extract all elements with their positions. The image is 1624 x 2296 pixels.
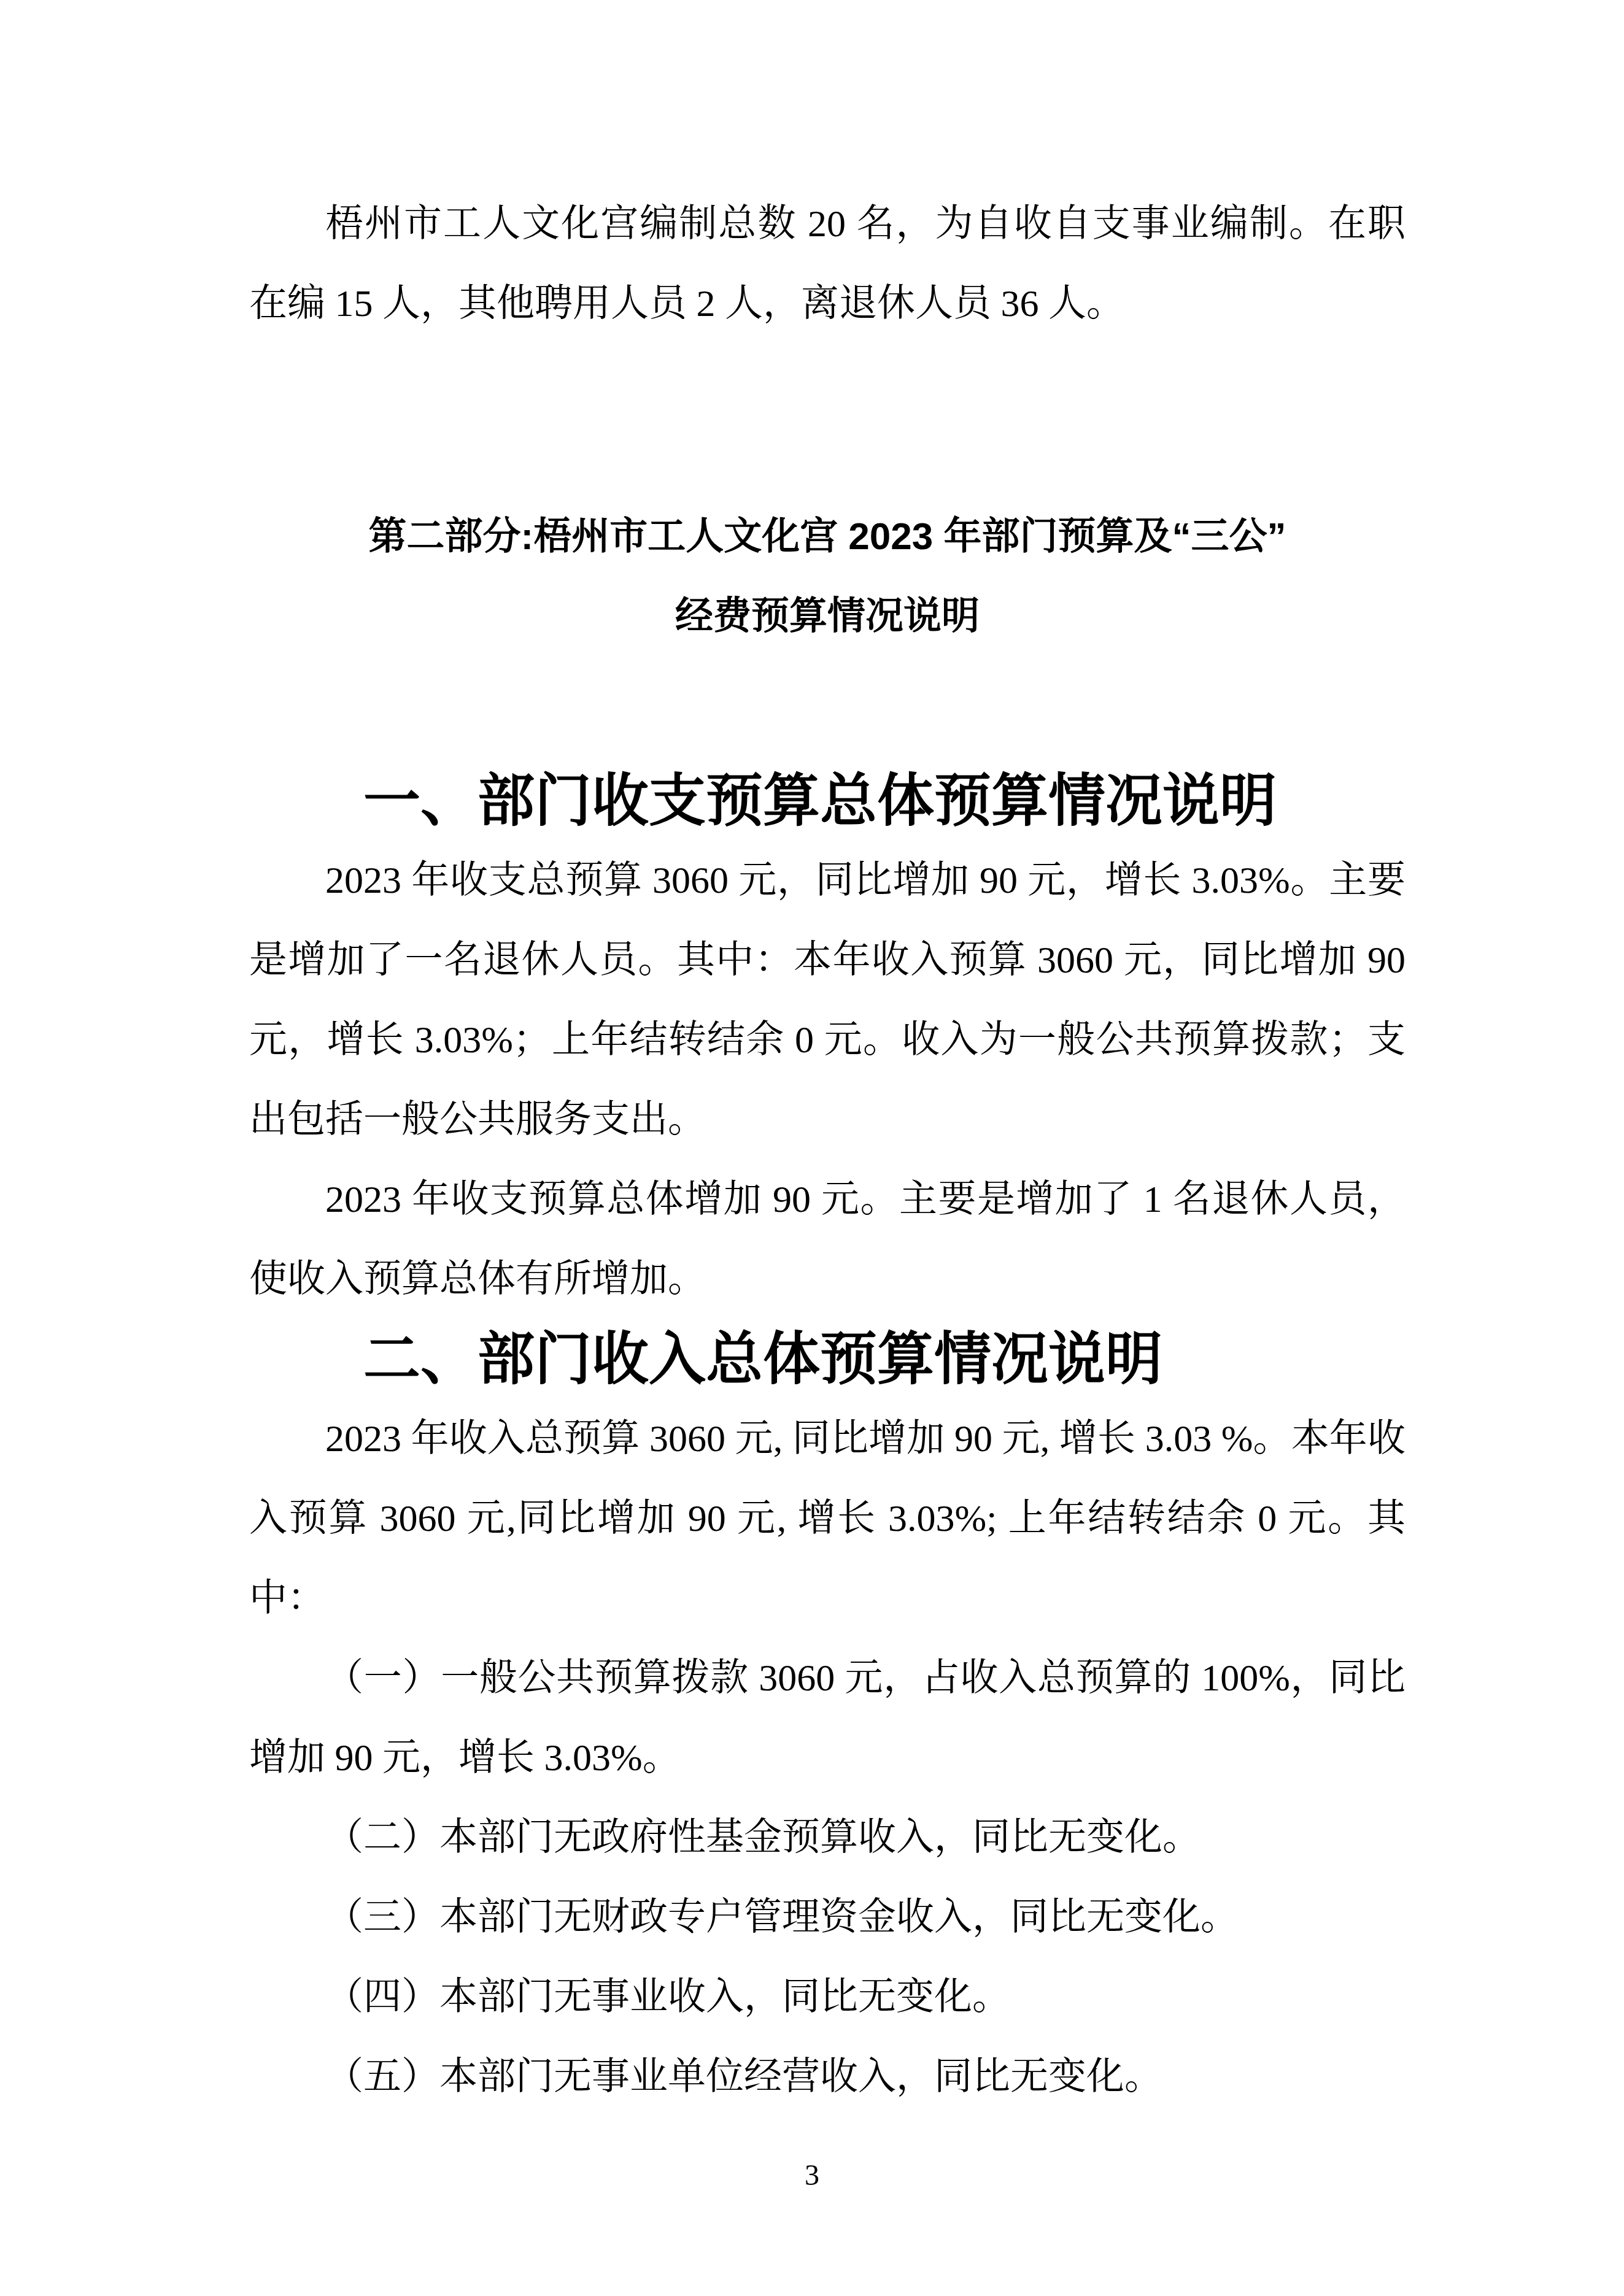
- intro-paragraph: 梧州市工人文化宫编制总数 20 名，为自收自支事业编制。在职在编 15 人，其他…: [249, 184, 1406, 344]
- document-content: 梧州市工人文化宫编制总数 20 名，为自收自支事业编制。在职在编 15 人，其他…: [0, 0, 1624, 2117]
- part2-title: 第二部分:梧州市工人文化宫 2023 年部门预算及“三公” 经费预算情况说明: [249, 497, 1406, 657]
- section1-paragraph-2: 2023 年收支预算总体增加 90 元。主要是增加了 1 名退休人员，使收入预算…: [249, 1160, 1406, 1319]
- document-page: 梧州市工人文化宫编制总数 20 名，为自收自支事业编制。在职在编 15 人，其他…: [0, 0, 1624, 2296]
- section2-item-1: （一）一般公共预算拨款 3060 元，占收入总预算的 100%，同比增加 90 …: [249, 1638, 1406, 1798]
- section2-item-3: （三）本部门无财政专户管理资金收入，同比无变化。: [249, 1878, 1406, 1957]
- section1-paragraph-1: 2023 年收支总预算 3060 元，同比增加 90 元，增长 3.03%。主要…: [249, 841, 1406, 1160]
- section2-item-4: （四）本部门无事业收入，同比无变化。: [249, 1957, 1406, 2037]
- page-number: 3: [0, 2160, 1624, 2192]
- section2-item-5: （五）本部门无事业单位经营收入，同比无变化。: [249, 2037, 1406, 2117]
- part2-title-line1: 第二部分:梧州市工人文化宫 2023 年部门预算及“三公”: [249, 497, 1406, 577]
- section2-item-2: （二）本部门无政府性基金预算收入，同比无变化。: [249, 1798, 1406, 1878]
- section2-heading: 二、部门收入总体预算情况说明: [249, 1319, 1406, 1399]
- section2-paragraph-1: 2023 年收入总预算 3060 元, 同比增加 90 元, 增长 3.03 %…: [249, 1399, 1406, 1638]
- section1-heading: 一、部门收支预算总体预算情况说明: [249, 761, 1406, 841]
- part2-title-line2: 经费预算情况说明: [249, 577, 1406, 657]
